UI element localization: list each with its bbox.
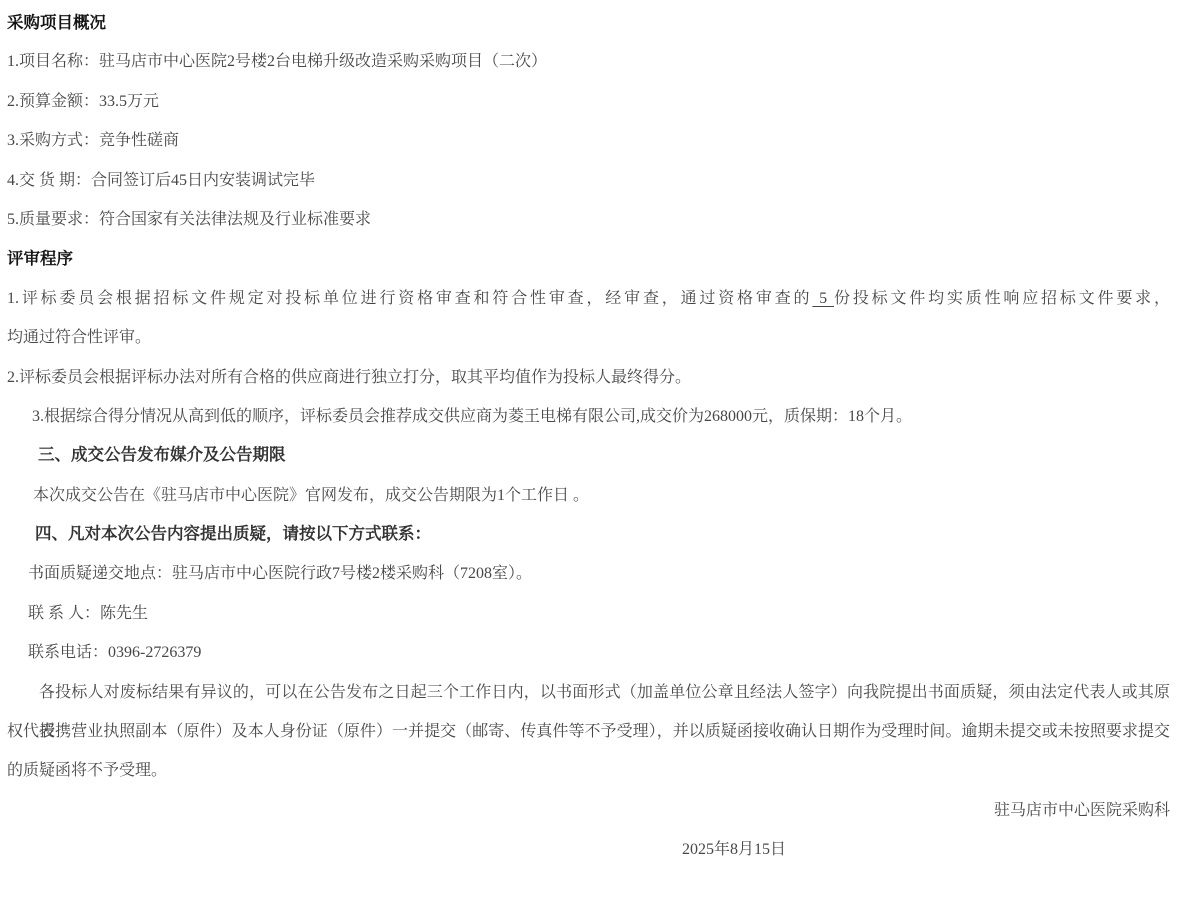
announcement-date-line: 2025年8月15日 [7, 830, 1170, 869]
signature-department: 驻马店市中心医院采购科 [7, 791, 1170, 830]
section-heading-announcement-media: 三、成交公告发布媒介及公告期限 [7, 436, 1170, 475]
section-heading-review-procedure: 评审程序 [7, 239, 1170, 278]
objection-address: 书面质疑递交地点：驻马店市中心医院行政7号楼2楼采购科（7208室）。 [7, 554, 1170, 593]
procurement-announcement-document: 采购项目概况 1.项目名称：驻马店市中心医院2号楼2台电梯升级改造采购采购项目（… [0, 0, 1170, 870]
review-item-2: 2.评标委员会根据评标办法对所有合格的供应商进行独立打分，取其平均值作为投标人最… [7, 358, 1170, 397]
qualified-bid-count-underlined: 5 [812, 290, 834, 307]
disclaimer-line-3: 的质疑函将不予受理。 [7, 751, 1170, 790]
review-item-1-line-2: 均通过符合性评审。 [7, 318, 1170, 357]
section-heading-project-overview: 采购项目概况 [7, 3, 1170, 42]
disclaimer-line-2: 权代表携营业执照副本（原件）及本人身份证（原件）一并提交（邮寄、传真件等不予受理… [7, 712, 1170, 751]
review-item-1-line-1: 1.评标委员会根据招标文件规定对投标单位进行资格审查和符合性审查，经审查，通过资… [7, 279, 1170, 318]
review-item-1-text-post: 份投标文件均实质性响应招标文件要求， [834, 290, 1170, 307]
contact-phone: 联系电话：0396-2726379 [7, 633, 1170, 672]
budget-amount-item: 2.预算金额：33.5万元 [7, 82, 1170, 121]
quality-requirement-item: 5.质量要求：符合国家有关法律法规及行业标准要求 [7, 200, 1170, 239]
procurement-method-item: 3.采购方式：竞争性磋商 [7, 121, 1170, 160]
section-heading-objection-contact: 四、凡对本次公告内容提出质疑，请按以下方式联系： [7, 515, 1170, 554]
delivery-period-item: 4.交 货 期：合同签订后45日内安装调试完毕 [7, 161, 1170, 200]
disclaimer-line-1: 各投标人对废标结果有异议的，可以在公告发布之日起三个工作日内，以书面形式（加盖单… [7, 673, 1170, 712]
announcement-date: 2025年8月15日 [682, 841, 786, 858]
review-item-1-text-pre: 1.评标委员会根据招标文件规定对投标单位进行资格审查和符合性审查，经审查，通过资… [7, 290, 812, 307]
announcement-media-body: 本次成交公告在《驻马店市中心医院》官网发布，成交公告期限为1个工作日 。 [7, 476, 1170, 515]
review-item-3-award-result: 3.根据综合得分情况从高到低的顺序，评标委员会推荐成交供应商为菱王电梯有限公司,… [7, 397, 1170, 436]
project-name-item: 1.项目名称：驻马店市中心医院2号楼2台电梯升级改造采购采购项目（二次） [7, 42, 1170, 81]
contact-person: 联 系 人：陈先生 [7, 594, 1170, 633]
